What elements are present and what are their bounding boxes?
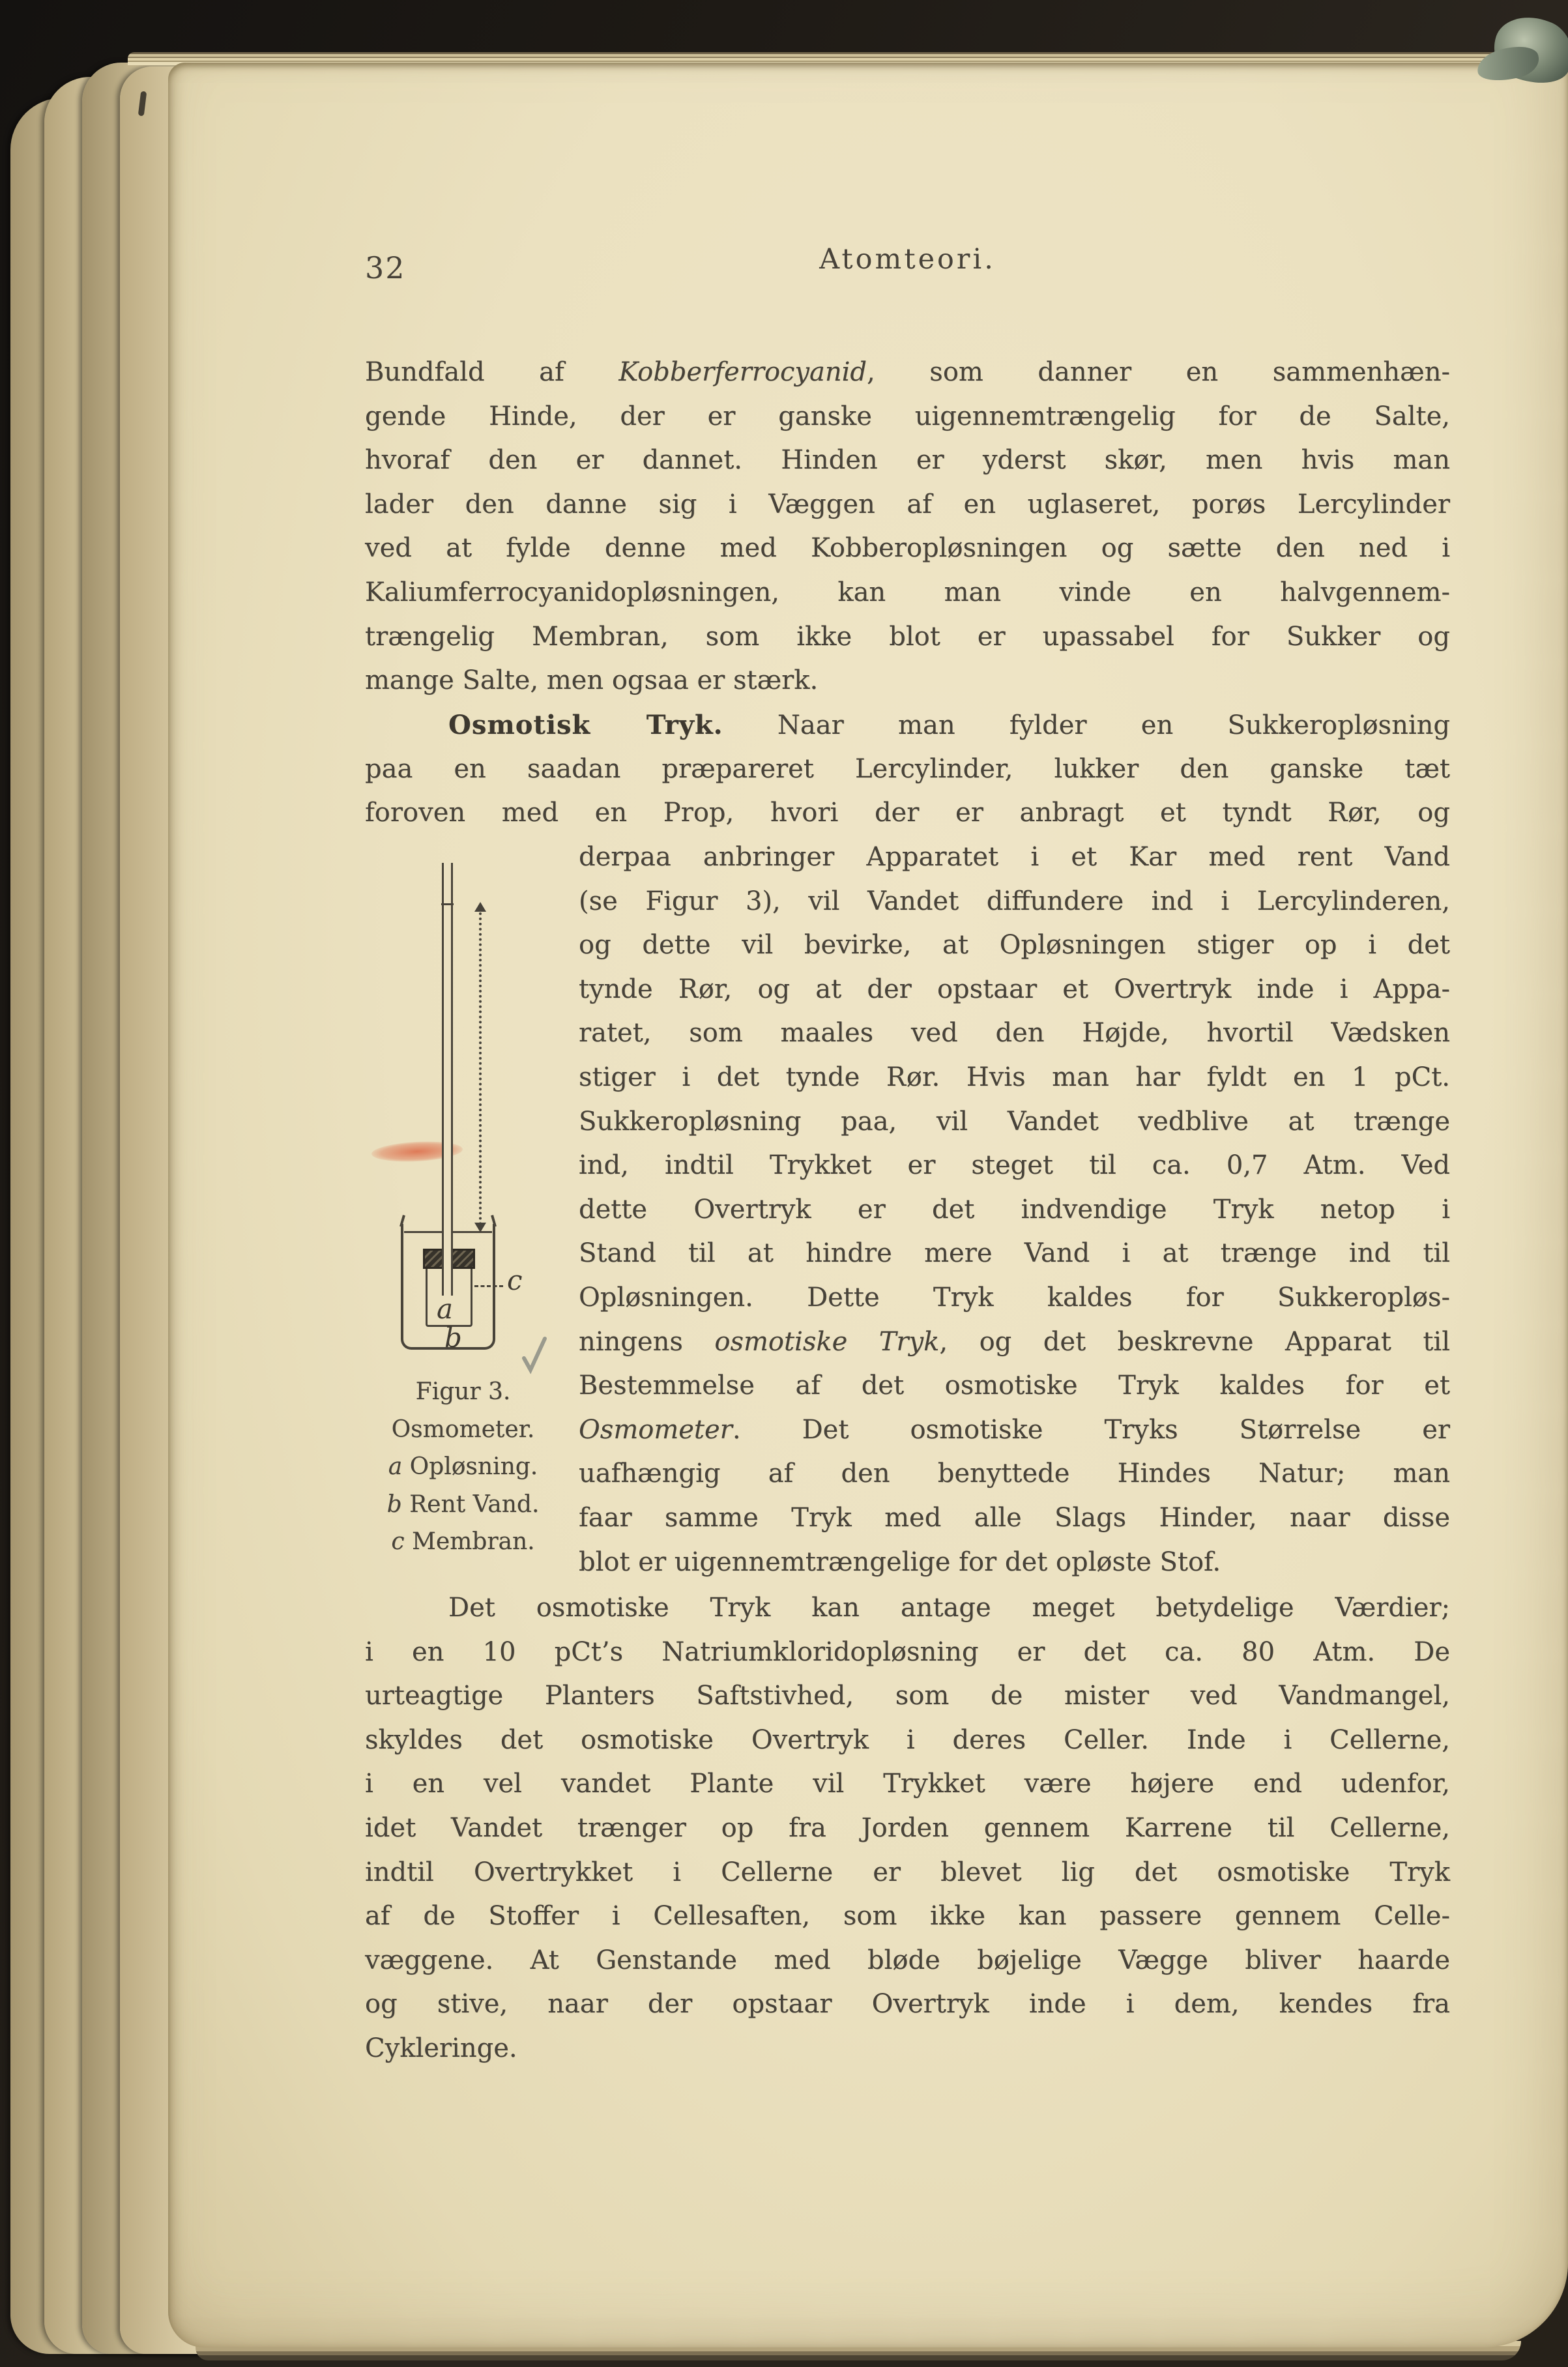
text-line: Kaliumferrocyanidopløsningen, kan man vi…: [365, 571, 1450, 615]
text-line: ved at fylde denne med Kobberopløsningen…: [365, 527, 1450, 571]
text-line: a Opløsning.: [354, 1448, 572, 1486]
figure-label-b: b: [444, 1324, 462, 1352]
figure-liquid-level-mark: [441, 903, 454, 905]
text-line: ningens osmotiske Tryk, og det beskrevne…: [579, 1320, 1450, 1365]
figure-beaker-rim: [491, 1215, 497, 1227]
text-line: uafhængig af den benyttede Hindes Natur;…: [579, 1452, 1450, 1496]
text-line: blot er uigennemtrængelige for det opløs…: [579, 1541, 1450, 1585]
figure-arrowhead-down-icon: [474, 1223, 486, 1232]
text-line: skyldes det osmotiske Overtryk i deres C…: [365, 1719, 1450, 1763]
text-line: i en 10 pCt’s Natriumkloridopløsning er …: [365, 1631, 1450, 1675]
text-line: og dette vil bevirke, at Opløsningen sti…: [579, 923, 1450, 968]
figure-riser-tube: [442, 863, 453, 1296]
figure-callout-dash: [474, 1285, 503, 1287]
text-line: stiger i det tynde Rør. Hvis man har fyl…: [579, 1056, 1450, 1100]
text-line: hvoraf den er dannet. Hinden er yderst s…: [365, 439, 1450, 483]
text-line: væggene. At Genstande med bløde bøjelige…: [365, 1939, 1450, 1983]
text-line: Sukkeropløsning paa, vil Vandet vedblive…: [579, 1100, 1450, 1144]
text-line: Osmometer.: [354, 1411, 572, 1449]
text-line: Bestemmelse af det osmotiske Tryk kaldes…: [579, 1364, 1450, 1408]
book-photo-background: 32 Atomteori. Bundfald af Kobberferrocya…: [0, 0, 1568, 2367]
text-line: urteagtige Planters Saftstivhed, som de …: [365, 1674, 1450, 1719]
text-line: ratet, som maales ved den Højde, hvortil…: [579, 1011, 1450, 1056]
body-paragraph-1: Bundfald af Kobberferrocyanid, som danne…: [365, 351, 1450, 703]
text-line: Opløsningen. Dette Tryk kaldes for Sukke…: [579, 1276, 1450, 1320]
running-header: Atomteori.: [365, 246, 1450, 274]
body-paragraph-2-fullwidth: Osmotisk Tryk. Naar man fylder en Sukker…: [365, 703, 1450, 835]
text-line: mange Salte, men ogsaa er stærk.: [365, 659, 1450, 703]
figure-beaker-rim: [399, 1215, 405, 1227]
text-line: Cykleringe.: [365, 2027, 1450, 2071]
figure-label-c: c: [507, 1267, 523, 1294]
text-line: og stive, naar der opstaar Overtryk inde…: [365, 1982, 1450, 2027]
text-line: foroven med en Prop, hvori der er anbrag…: [365, 791, 1450, 835]
text-line: ind, indtil Trykket er steget til ca. 0,…: [579, 1144, 1450, 1188]
text-line: Det osmotiske Tryk kan antage meget bety…: [365, 1586, 1450, 1631]
text-line: Figur 3.: [354, 1373, 572, 1411]
text-line: gende Hinde, der er ganske uigennemtræng…: [365, 395, 1450, 439]
text-line: Osmotisk Tryk. Naar man fylder en Sukker…: [365, 703, 1450, 748]
text-line: lader den danne sig i Væggen af en uglas…: [365, 483, 1450, 527]
figure-height-arrow: [479, 912, 482, 1225]
text-line: i en vel vandet Plante vil Trykket være …: [365, 1762, 1450, 1807]
figure-caption: Figur 3.Osmometer.a Opløsning.b Rent Van…: [354, 1373, 572, 1561]
text-line: indtil Overtrykket i Cellerne er blevet …: [365, 1851, 1450, 1895]
figure-label-a: a: [437, 1296, 453, 1323]
text-line: Stand til at hindre mere Vand i at træng…: [579, 1232, 1450, 1276]
text-line: trængelig Membran, som ikke blot er upas…: [365, 615, 1450, 660]
text-line: af de Stoffer i Cellesaften, som ikke ka…: [365, 1895, 1450, 1939]
main-page: 32 Atomteori. Bundfald af Kobberferrocya…: [168, 63, 1568, 2347]
text-line: paa en saadan præpareret Lercylinder, lu…: [365, 748, 1450, 792]
text-line: c Membran.: [354, 1523, 572, 1561]
text-line: (se Figur 3), vil Vandet diffundere ind …: [579, 880, 1450, 924]
body-paragraph-2-beside-figure: derpaa anbringer Apparatet i et Kar med …: [579, 835, 1450, 1584]
text-line: tynde Rør, og at der opstaar et Overtryk…: [579, 968, 1450, 1012]
text-line: Osmometer. Det osmotiske Tryks Størrelse…: [579, 1408, 1450, 1453]
figure-arrowhead-up-icon: [474, 902, 486, 912]
body-paragraph-3: Det osmotiske Tryk kan antage meget bety…: [365, 1586, 1450, 2071]
text-line: b Rent Vand.: [354, 1486, 572, 1524]
pencil-checkmark-icon: [520, 1333, 549, 1378]
text-line: derpaa anbringer Apparatet i et Kar med …: [579, 835, 1450, 880]
text-line: Bundfald af Kobberferrocyanid, som danne…: [365, 351, 1450, 395]
text-line: faar samme Tryk med alle Slags Hinder, n…: [579, 1496, 1450, 1541]
text-line: idet Vandet trænger op fra Jorden gennem…: [365, 1807, 1450, 1851]
text-line: dette Overtryk er det indvendige Tryk ne…: [579, 1188, 1450, 1232]
